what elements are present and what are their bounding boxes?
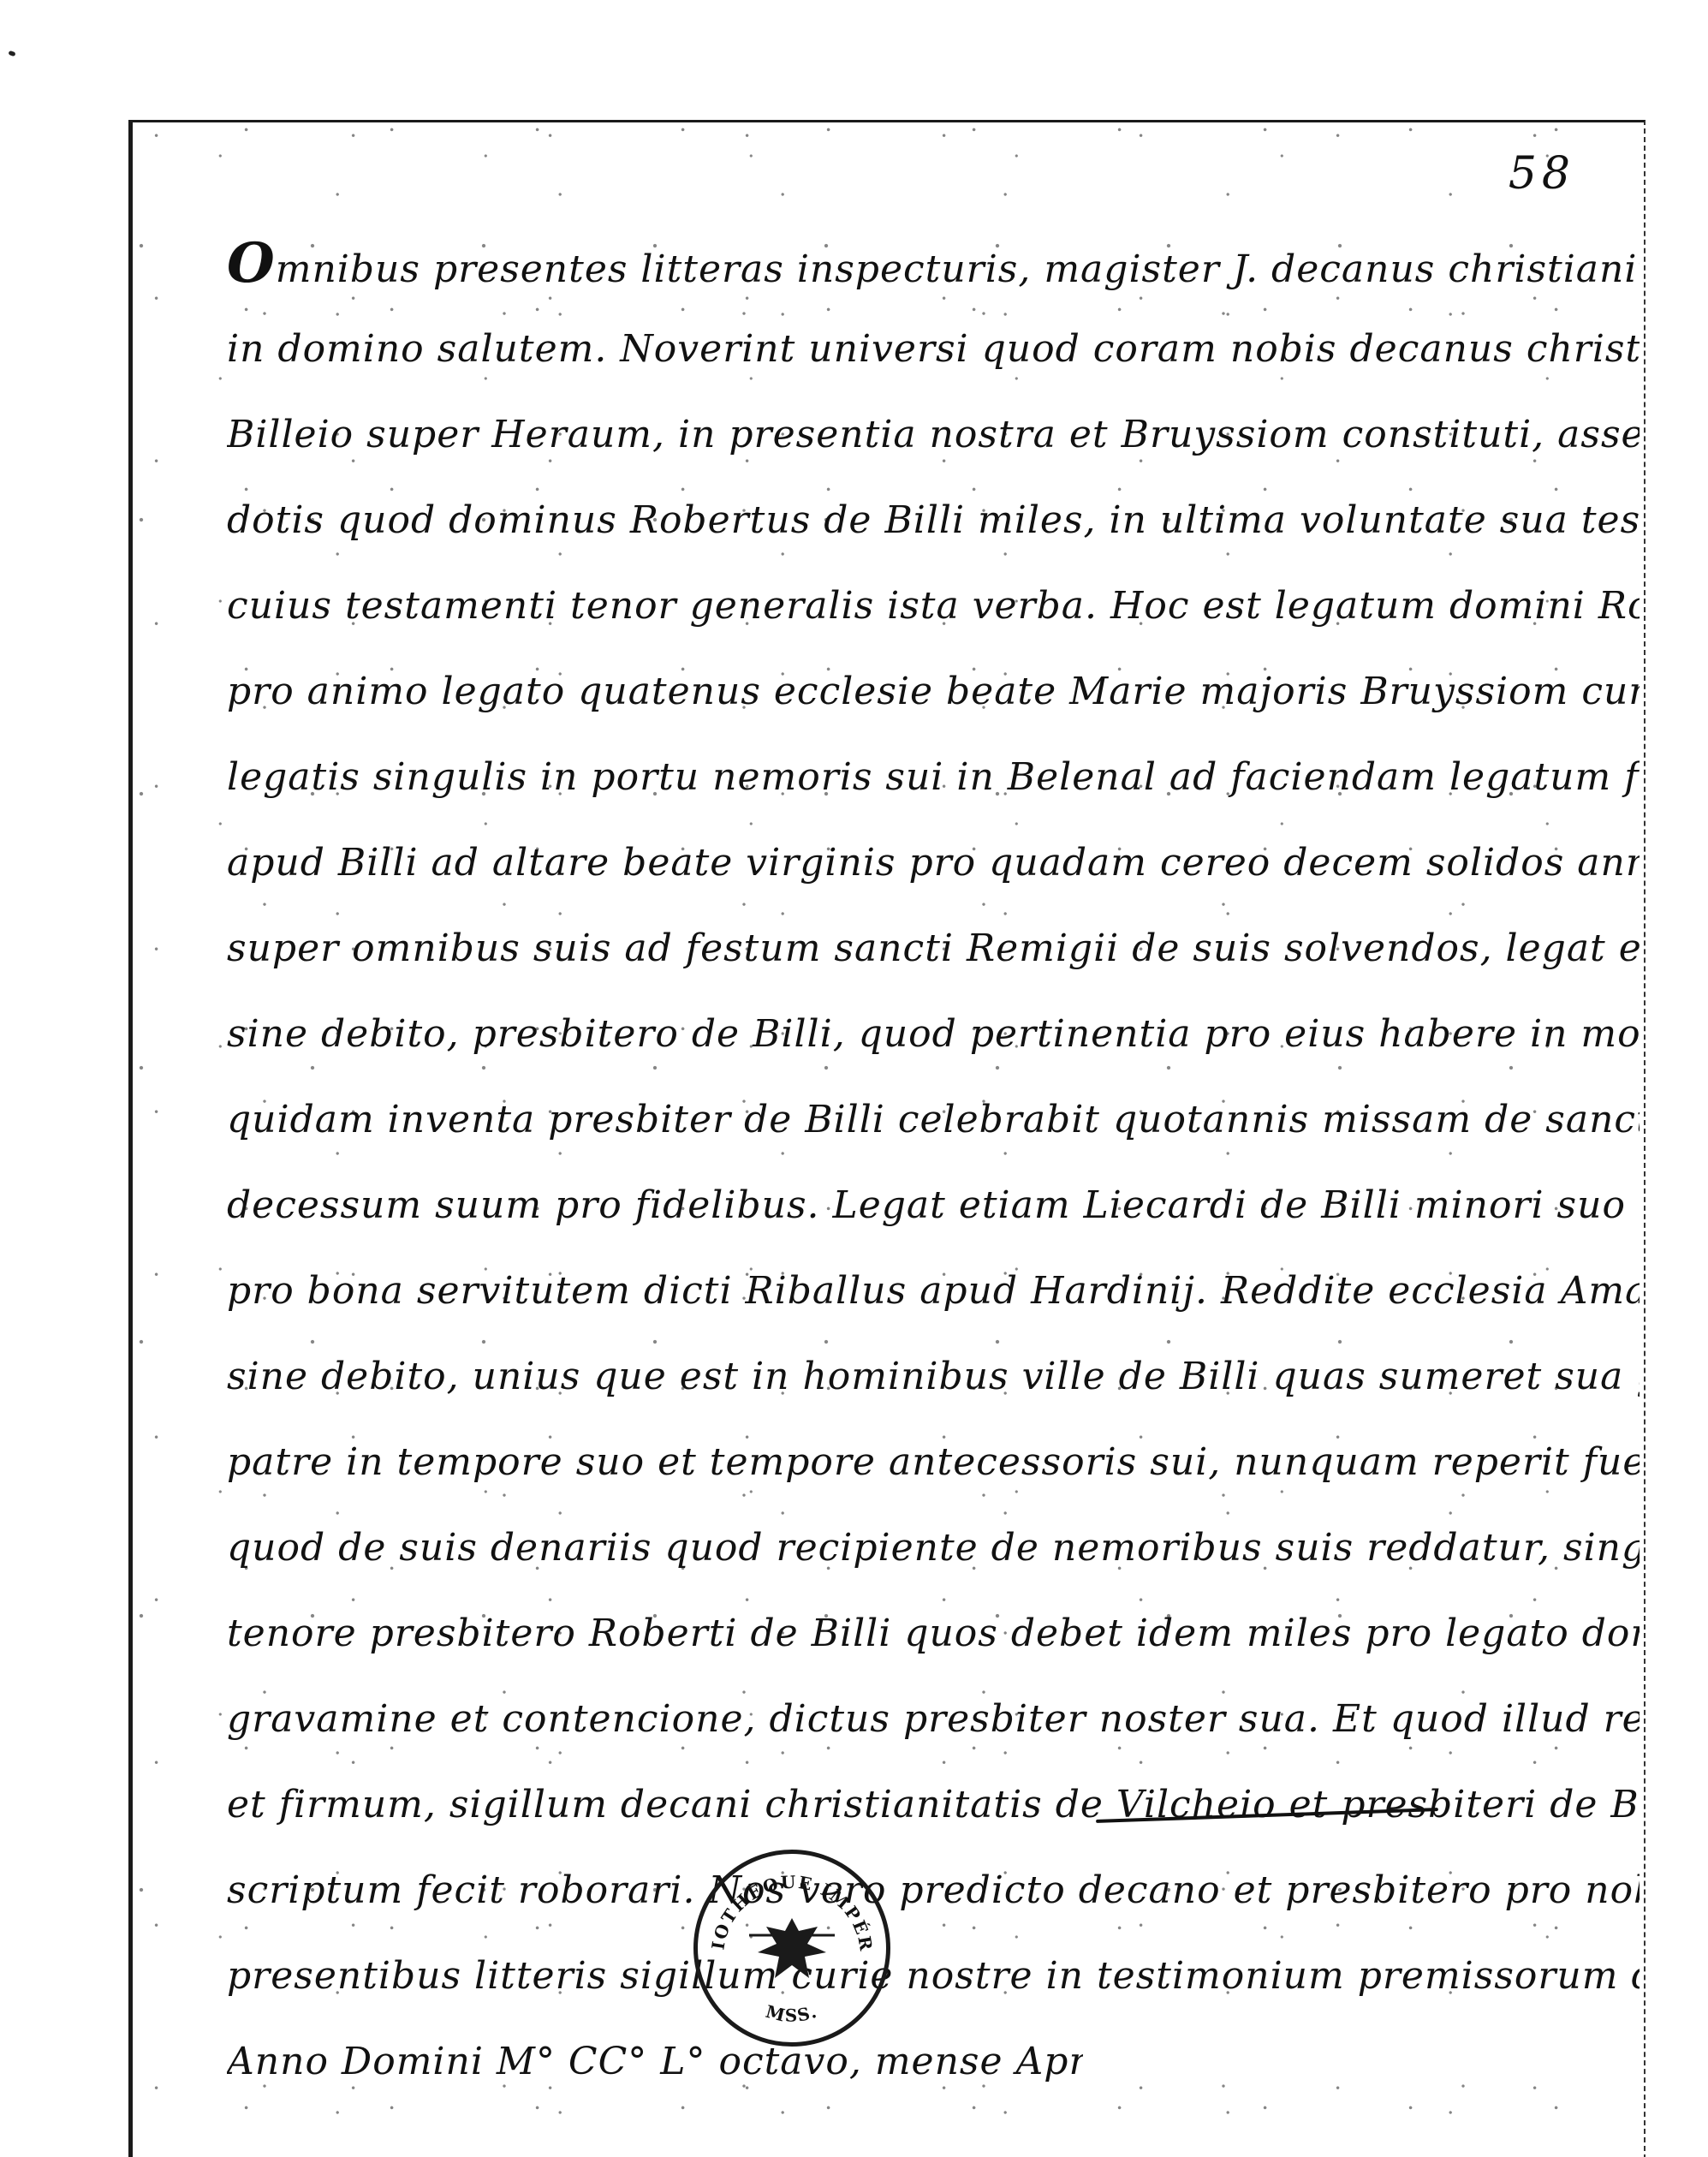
text-line-20: scriptum fecit roborari. Nos vero predic… [227, 1848, 1640, 1934]
text-line-12: decessum suum pro fidelibus. Legat etiam… [227, 1163, 1640, 1248]
text-line-8: apud Billi ad altare beate virginis pro … [227, 820, 1640, 906]
manuscript-page: 58 Omnibus presentes litteras inspecturi… [128, 120, 1646, 2157]
svg-text:MSS.: MSS. [764, 2000, 820, 2026]
charter-text: Omnibus presentes litteras inspecturis, … [227, 221, 1640, 2105]
stamp-eagle-icon: BIBLIOTHÈQUE IMPÉRIALE MSS. [698, 1854, 886, 2042]
text-line-18: gravamine et contencione, dictus presbit… [227, 1677, 1640, 1762]
text-line-2: in domino salutem. Noverint universi quo… [227, 307, 1640, 392]
text-line-11: quidam inventa presbiter de Billi celebr… [227, 1077, 1640, 1163]
text-line-1: Omnibus presentes litteras inspecturis, … [227, 221, 1640, 307]
text-line-17: tenore presbitero Roberti de Billi quos … [227, 1591, 1640, 1677]
text-line-5: cuius testamenti tenor generalis ista ve… [227, 563, 1640, 649]
text-line-10: sine debito, presbitero de Billi, quod p… [227, 992, 1640, 1077]
text-line-15: patre in tempore suo et tempore antecess… [227, 1420, 1640, 1505]
text-line-9: super omnibus suis ad festum sancti Remi… [227, 906, 1640, 992]
library-stamp: BIBLIOTHÈQUE IMPÉRIALE MSS. [693, 1850, 890, 2047]
text-line-13: pro bona servitutem dicti Riballus apud … [227, 1248, 1640, 1334]
folio-number: 58 [1509, 148, 1575, 200]
text-line-16: quod de suis denariis quod recipiente de… [227, 1505, 1640, 1591]
text-line-6: pro animo legato quatenus ecclesie beate… [227, 649, 1640, 735]
text-line-21: presentibus litteris sigillum curie nost… [227, 1934, 1640, 2019]
scan-speck [8, 51, 15, 57]
dating-clause: Anno Domini M° CC° L° octavo, mense Apri… [227, 2019, 1083, 2105]
text-line-4: dotis quod dominus Robertus de Billi mil… [227, 478, 1640, 563]
text-line-7: legatis singulis in portu nemoris sui in… [227, 735, 1640, 820]
text-line-19: et firmum, sigillum decani christianitat… [227, 1762, 1640, 1848]
text-line-3: Billeio super Heraum, in presentia nostr… [227, 392, 1640, 478]
text-line-14: sine debito, unius que est in hominibus … [227, 1334, 1640, 1420]
stamp-text-bottom: MSS. [764, 2000, 820, 2026]
